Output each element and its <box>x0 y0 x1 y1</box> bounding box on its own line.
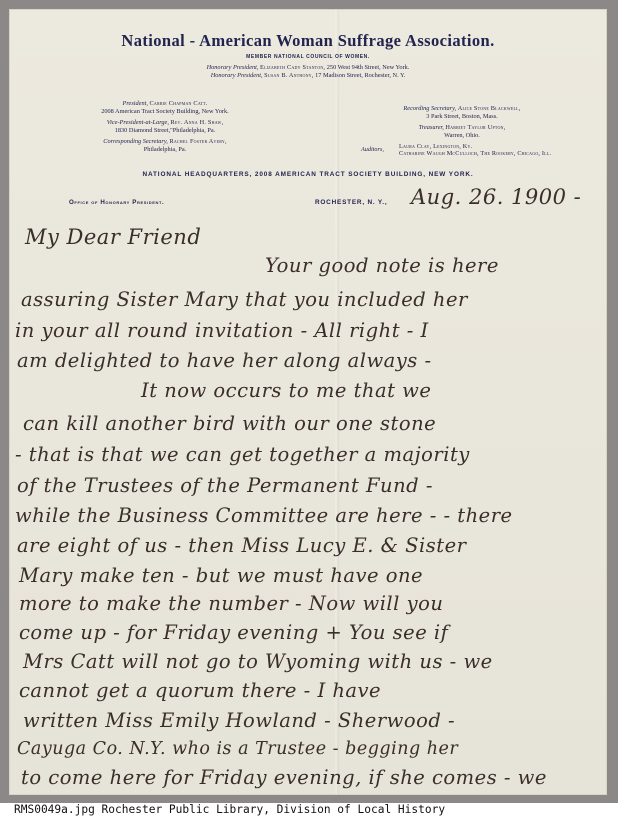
letter-line: cannot get a quorum there - I have <box>19 679 381 702</box>
auditors-label: Auditors, <box>361 146 384 153</box>
letter-line: Your good note is here <box>265 254 499 277</box>
honorary-president-1: Honorary President, Elizabeth Cady Stant… <box>9 64 607 71</box>
letter-line: while the Business Committee are here - … <box>15 504 513 527</box>
letter-line: Cayuga Co. N.Y. who is a Trustee - beggi… <box>17 739 458 759</box>
letterhead-title: National - American Woman Suffrage Assoc… <box>9 31 607 51</box>
letter-line: assuring Sister Mary that you included h… <box>21 288 468 311</box>
officers-right-column: Recording Secretary, Alice Stone Blackwe… <box>317 105 607 140</box>
officer-address: 17 Madison Street, Rochester, N. Y. <box>315 72 405 79</box>
letter-line: are eight of us - then Miss Lucy E. & Si… <box>17 534 467 557</box>
headquarters-line: NATIONAL HEADQUARTERS, 2008 AMERICAN TRA… <box>9 171 607 178</box>
letter-date: Aug. 26. 1900 - <box>411 185 581 209</box>
officers-left-column: President, Carrie Chapman Catt. 2008 Ame… <box>15 100 315 154</box>
letter-line: more to make the number - Now will you <box>19 592 443 615</box>
role-label: Vice-President-at-Large, <box>107 119 169 126</box>
officer-name: Susan B. Anthony, <box>264 72 313 79</box>
letter-line: Mary make ten - but we must have one <box>19 564 423 587</box>
honorary-president-2: Honorary President, Susan B. Anthony, 17… <box>9 72 607 79</box>
officer-address: Warren, Ohio. <box>317 132 607 140</box>
officer-address: 3 Park Street, Boston, Mass. <box>317 113 607 121</box>
officer-address: 1830 Diamond Street,"Philadelphia, Pa. <box>15 127 315 135</box>
letter-line: to come here for Friday evening, if she … <box>21 766 547 789</box>
officer-name: Rachel Foster Avery, <box>169 138 226 145</box>
officer-name: Carrie Chapman Catt. <box>150 100 208 107</box>
image-caption: RMS0049a.jpg Rochester Public Library, D… <box>14 803 445 816</box>
role-label: Honorary President, <box>207 64 259 71</box>
letter-line: am delighted to have her along always - <box>17 349 432 372</box>
city-label: ROCHESTER, N. Y., <box>315 199 387 206</box>
auditors-block: Auditors, Laura Clay, Lexington, Ky. Cat… <box>399 143 551 157</box>
office-label: Office of Honorary President. <box>69 199 164 206</box>
officer-recording-secretary: Recording Secretary, Alice Stone Blackwe… <box>317 105 607 113</box>
letter-line: of the Trustees of the Permanent Fund - <box>17 474 433 497</box>
letterhead-member-line: MEMBER NATIONAL COUNCIL OF WOMEN. <box>9 54 607 60</box>
letter-line: come up - for Friday evening + You see i… <box>19 621 448 644</box>
role-label: President, <box>122 100 147 107</box>
officer-address: 250 West 94th Street, New York. <box>327 64 410 71</box>
role-label: Recording Secretary, <box>403 105 456 112</box>
role-label: Honorary President, <box>211 72 263 79</box>
officer-address: 2008 American Tract Society Building, Ne… <box>15 108 315 116</box>
letter-line: in your all round invitation - All right… <box>15 319 429 342</box>
officer-address: Philadelphia, Pa. <box>15 146 315 154</box>
role-label: Treasurer, <box>419 124 444 131</box>
officer-president: President, Carrie Chapman Catt. <box>15 100 315 108</box>
letter-salutation: My Dear Friend <box>25 225 201 249</box>
officer-name: Elizabeth Cady Stanton, <box>260 64 325 71</box>
officer-corresponding-secretary: Corresponding Secretary, Rachel Foster A… <box>15 138 315 146</box>
letter-line: It now occurs to me that we <box>141 379 431 402</box>
auditor-name: Laura Clay, Lexington, Ky. <box>399 143 551 150</box>
officer-vice-president: Vice-President-at-Large, Rev. Anna H. Sh… <box>15 119 315 127</box>
officer-treasurer: Treasurer, Harriet Taylor Upton, <box>317 124 607 132</box>
letter-line: can kill another bird with our one stone <box>23 412 436 435</box>
role-label: Corresponding Secretary, <box>103 138 168 145</box>
officer-name: Rev. Anna H. Shaw, <box>171 119 224 126</box>
auditor-name: Catharine Waugh McCulloch, The Rookery, … <box>399 150 551 157</box>
letter-line: written Miss Emily Howland - Sherwood - <box>23 709 455 732</box>
officer-name: Harriet Taylor Upton, <box>445 124 505 131</box>
officer-name: Alice Stone Blackwell, <box>458 105 521 112</box>
letter-line: Mrs Catt will not go to Wyoming with us … <box>23 650 493 673</box>
letter-line: - that is that we can get together a maj… <box>15 443 470 466</box>
letter-page: National - American Woman Suffrage Assoc… <box>9 9 607 795</box>
